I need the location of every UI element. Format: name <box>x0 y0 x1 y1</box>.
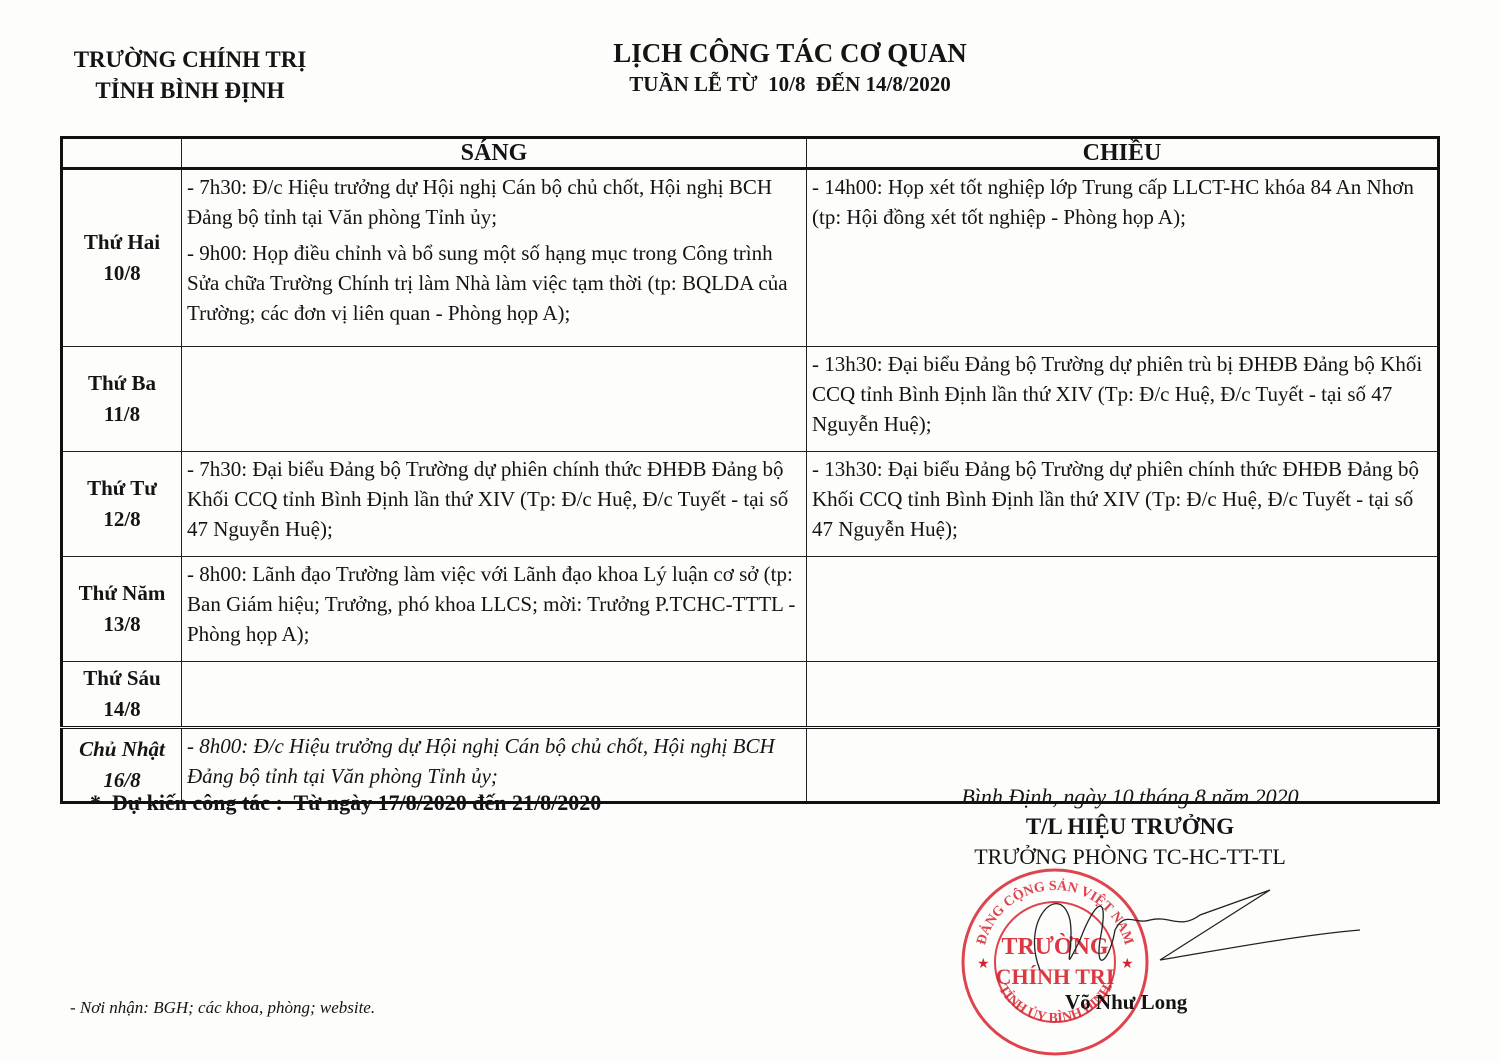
recipients-note: - Nơi nhận: BGH; các khoa, phòng; websit… <box>70 998 375 1018</box>
schedule-entry: - 9h00: Họp điều chỉnh và bổ sung một số… <box>187 238 801 328</box>
header-day <box>62 138 182 169</box>
table-row: Thứ Năm13/8- 8h00: Lãnh đạo Trường làm v… <box>62 557 1439 662</box>
schedule-entry: - 8h00: Lãnh đạo Trường làm việc với Lãn… <box>187 559 801 649</box>
date-label: 10/8 <box>63 258 181 289</box>
date-label: 14/8 <box>63 694 181 725</box>
weekday-label: Chủ Nhật <box>63 734 181 765</box>
weekday-label: Thứ Năm <box>63 578 181 609</box>
signer-name: Võ Như Long <box>1065 990 1187 1015</box>
schedule-table: SÁNG CHIỀU Thứ Hai10/8- 7h30: Đ/c Hiệu t… <box>60 136 1440 804</box>
afternoon-cell: - 14h00: Họp xét tốt nghiệp lớp Trung cấ… <box>807 169 1439 347</box>
table-header-row: SÁNG CHIỀU <box>62 138 1439 169</box>
org-line-2: TỈNH BÌNH ĐỊNH <box>40 75 340 106</box>
weekday-label: Thứ Ba <box>63 368 181 399</box>
morning-cell: - 7h30: Đại biểu Đảng bộ Trường dự phiên… <box>182 452 807 557</box>
table-row: Thứ Tư12/8- 7h30: Đại biểu Đảng bộ Trườn… <box>62 452 1439 557</box>
organization-name: TRƯỜNG CHÍNH TRỊ TỈNH BÌNH ĐỊNH <box>40 44 340 106</box>
day-cell: Thứ Sáu14/8 <box>62 662 182 728</box>
morning-cell: - 8h00: Lãnh đạo Trường làm việc với Lãn… <box>182 557 807 662</box>
day-cell: Thứ Năm13/8 <box>62 557 182 662</box>
date-label: 12/8 <box>63 504 181 535</box>
date-label: 11/8 <box>63 399 181 430</box>
table-row: Thứ Hai10/8- 7h30: Đ/c Hiệu trưởng dự Hộ… <box>62 169 1439 347</box>
org-line-1: TRƯỜNG CHÍNH TRỊ <box>40 44 340 75</box>
schedule-entry: - 7h30: Đ/c Hiệu trưởng dự Hội nghị Cán … <box>187 172 801 232</box>
weekday-label: Thứ Tư <box>63 473 181 504</box>
handwritten-signature-icon <box>1000 880 1360 990</box>
table-row: Thứ Sáu14/8 <box>62 662 1439 728</box>
morning-cell <box>182 347 807 452</box>
signature-block: Bình Định, ngày 10 tháng 8 năm 2020 T/L … <box>900 782 1360 872</box>
svg-text:★: ★ <box>977 957 990 972</box>
schedule-entry: - 13h30: Đại biểu Đảng bộ Trường dự phiê… <box>812 349 1432 439</box>
header-morning: SÁNG <box>182 138 807 169</box>
schedule-entry: - 7h30: Đại biểu Đảng bộ Trường dự phiên… <box>187 454 801 544</box>
table-row: Thứ Ba11/8- 13h30: Đại biểu Đảng bộ Trườ… <box>62 347 1439 452</box>
place-date: Bình Định, ngày 10 tháng 8 năm 2020 <box>900 782 1360 812</box>
morning-cell <box>182 662 807 728</box>
schedule-entry: - 13h30: Đại biểu Đảng bộ Trường dự phiê… <box>812 454 1432 544</box>
weekday-label: Thứ Hai <box>63 227 181 258</box>
planned-work-note: * Dự kiến công tác : Từ ngày 17/8/2020 đ… <box>90 790 601 816</box>
header-afternoon: CHIỀU <box>807 138 1439 169</box>
title-main: LỊCH CÔNG TÁC CƠ QUAN <box>560 36 1020 70</box>
title-week-range: TUẦN LỄ TỪ 10/8 ĐẾN 14/8/2020 <box>560 70 1020 98</box>
afternoon-cell <box>807 557 1439 662</box>
day-cell: Thứ Tư12/8 <box>62 452 182 557</box>
schedule-entry: - 14h00: Họp xét tốt nghiệp lớp Trung cấ… <box>812 172 1432 232</box>
day-cell: Thứ Hai10/8 <box>62 169 182 347</box>
document-title: LỊCH CÔNG TÁC CƠ QUAN TUẦN LỄ TỪ 10/8 ĐẾ… <box>560 36 1020 98</box>
date-label: 13/8 <box>63 609 181 640</box>
morning-cell: - 7h30: Đ/c Hiệu trưởng dự Hội nghị Cán … <box>182 169 807 347</box>
afternoon-cell <box>807 662 1439 728</box>
signer-role: T/L HIỆU TRƯỞNG <box>900 812 1360 842</box>
weekday-label: Thứ Sáu <box>63 663 181 694</box>
schedule-entry: - 8h00: Đ/c Hiệu trưởng dự Hội nghị Cán … <box>187 731 801 791</box>
day-cell: Thứ Ba11/8 <box>62 347 182 452</box>
afternoon-cell: - 13h30: Đại biểu Đảng bộ Trường dự phiê… <box>807 347 1439 452</box>
afternoon-cell: - 13h30: Đại biểu Đảng bộ Trường dự phiê… <box>807 452 1439 557</box>
